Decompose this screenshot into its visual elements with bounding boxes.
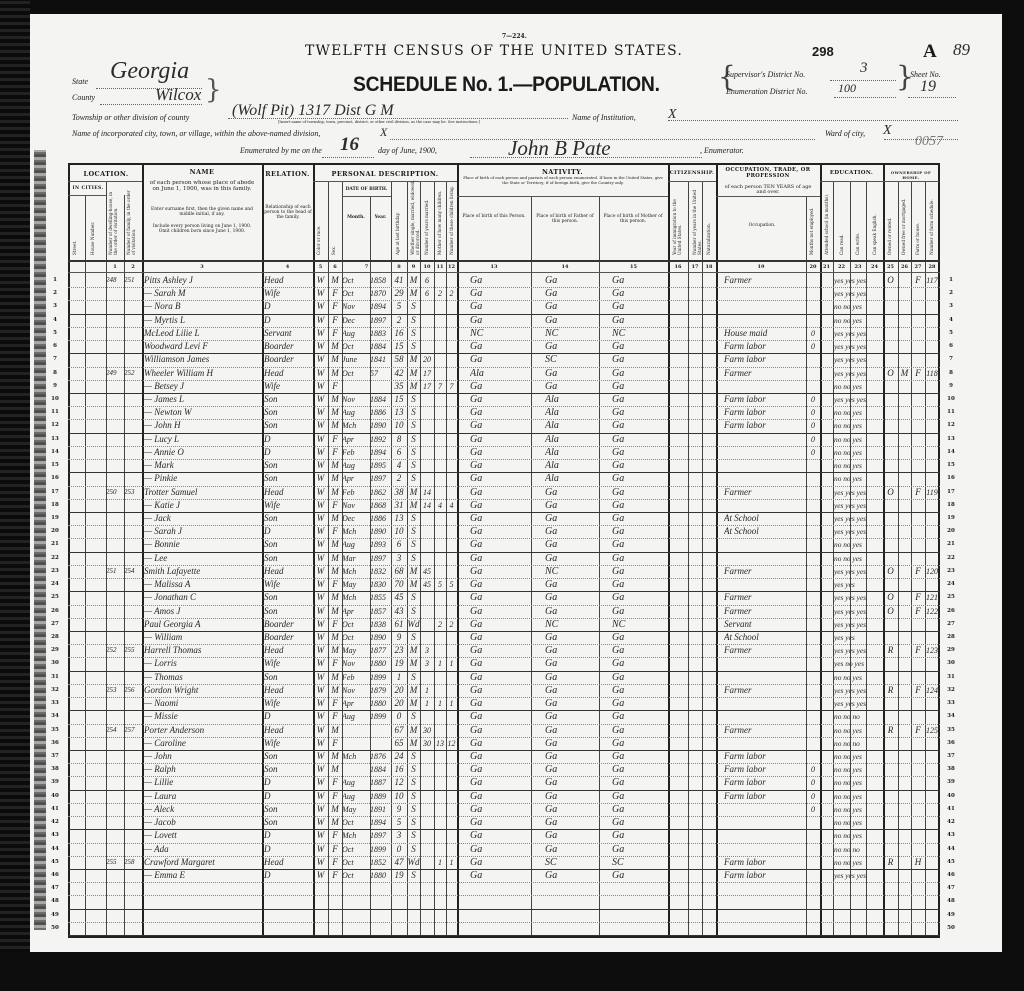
cell-pb: Ga bbox=[470, 406, 531, 419]
row-number-left: 19 bbox=[48, 515, 62, 521]
cell-edu: yes yes yes bbox=[834, 525, 883, 538]
cell-edu: no no yes bbox=[834, 816, 883, 829]
cell-fb: Ga bbox=[545, 274, 599, 287]
cell-sex: M bbox=[328, 393, 342, 406]
cell-age: 20 bbox=[391, 697, 407, 710]
cell-pb: Ga bbox=[470, 433, 531, 446]
cell-rel: Boarder bbox=[264, 631, 313, 644]
row-number-left: 39 bbox=[48, 779, 62, 785]
row-number-right: 29 bbox=[944, 647, 958, 653]
row-number-left: 6 bbox=[48, 343, 62, 349]
cell-mo: 7 bbox=[434, 380, 446, 393]
cell-name: Porter Anderson bbox=[144, 724, 262, 737]
cell-occ: At School bbox=[724, 525, 806, 538]
row-number-right: 22 bbox=[944, 555, 958, 561]
cell-name: — Jacob bbox=[144, 816, 262, 829]
cell-month: Oct bbox=[342, 340, 370, 353]
cell-rel: D bbox=[264, 300, 313, 313]
cell-color: W bbox=[313, 644, 328, 657]
free-mortgaged-header: Owned free or mortgaged. bbox=[901, 185, 906, 255]
column-divider bbox=[599, 196, 600, 936]
cell-occ: Farm labor bbox=[724, 869, 806, 882]
row-number-left: 44 bbox=[48, 846, 62, 852]
cell-sex: F bbox=[328, 843, 342, 856]
cell-fb: Ala bbox=[545, 406, 599, 419]
row-number-left: 38 bbox=[48, 766, 62, 772]
cell-mb: Ga bbox=[612, 605, 668, 618]
row-number-left: 15 bbox=[48, 462, 62, 468]
enumerated-prefix: Enumerated by me on the bbox=[240, 146, 322, 155]
cell-own: O bbox=[883, 486, 898, 499]
row-number-left: 12 bbox=[48, 422, 62, 428]
column-number: 22 bbox=[833, 264, 850, 270]
cell-occ: Farmer bbox=[724, 367, 806, 380]
cell-occ: Farm labor bbox=[724, 406, 806, 419]
row-number-right: 33 bbox=[944, 700, 958, 706]
cell-color: W bbox=[313, 512, 328, 525]
cell-rel: D bbox=[264, 314, 313, 327]
column-divider bbox=[925, 181, 926, 936]
cell-fb: Ga bbox=[545, 816, 599, 829]
cell-own: O bbox=[883, 591, 898, 604]
cell-sex: F bbox=[328, 300, 342, 313]
cell-fb: Ala bbox=[545, 419, 599, 432]
column-number: 6 bbox=[328, 264, 342, 270]
cell-month: Apr bbox=[342, 697, 370, 710]
cell-mb: Ga bbox=[612, 340, 668, 353]
row-number-left: 48 bbox=[48, 898, 62, 904]
cell-year: 1877 bbox=[370, 644, 391, 657]
cell-pb: Ga bbox=[470, 869, 531, 882]
cell-month: Feb bbox=[342, 671, 370, 684]
column-number: 1 bbox=[106, 264, 124, 270]
row-rule bbox=[68, 909, 940, 910]
row-number-left: 16 bbox=[48, 475, 62, 481]
cell-edu: no no yes bbox=[834, 472, 883, 485]
enumerator-label: , Enumerator. bbox=[700, 146, 744, 155]
cell-pb: Ga bbox=[470, 843, 531, 856]
cell-age: 3 bbox=[391, 829, 407, 842]
cell-edu: no no yes bbox=[834, 419, 883, 432]
column-number: 21 bbox=[820, 264, 833, 270]
cell-edu: yes yes bbox=[834, 631, 883, 644]
township-label: Township or other division of county bbox=[72, 113, 189, 122]
cell-pb: Ga bbox=[470, 750, 531, 763]
cell-name: Crawford Margaret bbox=[144, 856, 262, 869]
cell-mb: Ga bbox=[612, 300, 668, 313]
row-number-right: 41 bbox=[944, 806, 958, 812]
cell-age: 70 bbox=[391, 578, 407, 591]
cell-mb: Ga bbox=[612, 472, 668, 485]
header-rule bbox=[716, 196, 820, 197]
can-read-header: Can read. bbox=[839, 215, 844, 255]
stamp-number: 298 bbox=[812, 44, 834, 59]
row-number-left: 2 bbox=[48, 290, 62, 296]
cell-marital: S bbox=[407, 314, 420, 327]
cell-fb: Ga bbox=[545, 790, 599, 803]
cell-mb: Ga bbox=[612, 657, 668, 670]
header-rule bbox=[313, 181, 457, 182]
row-number-left: 10 bbox=[48, 396, 62, 402]
cell-ym: 45 bbox=[420, 565, 434, 578]
cell-sex: M bbox=[328, 274, 342, 287]
row-number-left: 4 bbox=[48, 317, 62, 323]
header-rule bbox=[457, 196, 668, 197]
row-number-left: 49 bbox=[48, 912, 62, 918]
cell-fs: 117 bbox=[925, 274, 939, 287]
cell-sex: M bbox=[328, 724, 342, 737]
color-header: Color or race. bbox=[316, 215, 321, 255]
cell-month: Apr bbox=[342, 605, 370, 618]
house-number-header: House Number. bbox=[90, 200, 95, 255]
cell-sex: M bbox=[328, 486, 342, 499]
cell-color: W bbox=[313, 684, 328, 697]
column-number: 27 bbox=[911, 264, 925, 270]
image-number: 0057 bbox=[915, 134, 943, 150]
row-number-left: 20 bbox=[48, 528, 62, 534]
attended-school-header: Attended school (in months). bbox=[824, 185, 829, 255]
row-number-right: 47 bbox=[944, 885, 958, 891]
row-number-left: 17 bbox=[48, 489, 62, 495]
cell-edu: no no yes bbox=[834, 763, 883, 776]
cell-marital: M bbox=[407, 565, 420, 578]
cell-ym: 17 bbox=[420, 367, 434, 380]
cell-month: Mch bbox=[342, 419, 370, 432]
cell-year: 1892 bbox=[370, 433, 391, 446]
cell-cl: 1 bbox=[446, 657, 457, 670]
scan-border-left bbox=[0, 0, 30, 991]
column-number: 16 bbox=[668, 264, 688, 270]
row-number-left: 43 bbox=[48, 832, 62, 838]
cell-unemp: 0 bbox=[806, 803, 820, 816]
column-divider bbox=[531, 196, 532, 936]
cell-age: 19 bbox=[391, 657, 407, 670]
cell-edu: no no yes bbox=[834, 829, 883, 842]
cell-year: 1899 bbox=[370, 671, 391, 684]
cell-mb: Ga bbox=[612, 353, 668, 366]
cell-name: — Laura bbox=[144, 790, 262, 803]
cell-pb: Ga bbox=[470, 816, 531, 829]
cell-sex: F bbox=[328, 856, 342, 869]
cell-name: Harrell Thomas bbox=[144, 644, 262, 657]
cell-sex: F bbox=[328, 710, 342, 723]
cell-name: Paul Georgia A bbox=[144, 618, 262, 631]
cell-month: Aug bbox=[342, 776, 370, 789]
cell-month: May bbox=[342, 578, 370, 591]
header-education: EDUCATION. bbox=[820, 170, 883, 176]
cell-mb: Ga bbox=[612, 697, 668, 710]
cell-month: Aug bbox=[342, 790, 370, 803]
row-number-right: 9 bbox=[944, 383, 958, 389]
cell-name: — Aleck bbox=[144, 803, 262, 816]
cell-month: Oct bbox=[342, 618, 370, 631]
day-line bbox=[322, 157, 374, 158]
cell-year: 1893 bbox=[370, 538, 391, 551]
cell-marital: S bbox=[407, 671, 420, 684]
row-number-right: 23 bbox=[944, 568, 958, 574]
column-number: 25 bbox=[883, 264, 898, 270]
cell-mo: 4 bbox=[434, 499, 446, 512]
cell-name: — Naomi bbox=[144, 697, 262, 710]
cell-occ: Farm labor bbox=[724, 750, 806, 763]
cell-marital: S bbox=[407, 763, 420, 776]
row-rule bbox=[68, 895, 940, 896]
cell-name: — Myrtis L bbox=[144, 314, 262, 327]
row-number-left: 25 bbox=[48, 594, 62, 600]
bracket: } bbox=[205, 75, 222, 105]
cell-month: Mch bbox=[342, 829, 370, 842]
cell-pb: Ga bbox=[470, 591, 531, 604]
state-value: Georgia bbox=[110, 58, 189, 85]
cell-fb: Ala bbox=[545, 433, 599, 446]
row-number-left: 8 bbox=[48, 370, 62, 376]
cell-pb: Ga bbox=[470, 829, 531, 842]
cell-rel: Son bbox=[264, 671, 313, 684]
cell-mb: Ga bbox=[612, 710, 668, 723]
supervisor-value: 3 bbox=[860, 60, 868, 77]
cell-sex: F bbox=[328, 446, 342, 459]
header-relation: RELATION. bbox=[262, 170, 313, 178]
cell-marital: S bbox=[407, 327, 420, 340]
cell-sex: M bbox=[328, 367, 342, 380]
cell-unemp: 0 bbox=[806, 393, 820, 406]
cell-farm: F bbox=[911, 486, 925, 499]
row-number-right: 44 bbox=[944, 846, 958, 852]
cell-color: W bbox=[313, 697, 328, 710]
cell-color: W bbox=[313, 803, 328, 816]
cell-name: — James L bbox=[144, 393, 262, 406]
cell-month: Feb bbox=[342, 486, 370, 499]
cell-marital: M bbox=[407, 644, 420, 657]
sex-header: Sex. bbox=[331, 230, 336, 255]
cell-color: W bbox=[313, 393, 328, 406]
cell-pb: Ga bbox=[470, 710, 531, 723]
cell-age: 38 bbox=[391, 486, 407, 499]
cell-pb: Ga bbox=[470, 446, 531, 459]
cell-month: Aug bbox=[342, 406, 370, 419]
cell-color: W bbox=[313, 499, 328, 512]
row-number-left: 47 bbox=[48, 885, 62, 891]
cell-marital: M bbox=[407, 737, 420, 750]
cell-name: — Lovett bbox=[144, 829, 262, 842]
cell-rel: Servant bbox=[264, 327, 313, 340]
cell-unemp: 0 bbox=[806, 790, 820, 803]
cell-color: W bbox=[313, 790, 328, 803]
cell-rel: D bbox=[264, 790, 313, 803]
cell-year: 1884 bbox=[370, 340, 391, 353]
cell-color: W bbox=[313, 869, 328, 882]
cell-family: 258 bbox=[124, 856, 142, 869]
cell-year: 1883 bbox=[370, 327, 391, 340]
cell-sex: M bbox=[328, 684, 342, 697]
row-number-right: 10 bbox=[944, 396, 958, 402]
cell-fb: Ala bbox=[545, 459, 599, 472]
column-divider bbox=[806, 196, 807, 936]
cell-year: 1852 bbox=[370, 856, 391, 869]
cell-age: 24 bbox=[391, 750, 407, 763]
cell-mo: 2 bbox=[434, 287, 446, 300]
cell-year: 1868 bbox=[370, 499, 391, 512]
cell-sex: M bbox=[328, 644, 342, 657]
cell-mb: Ga bbox=[612, 538, 668, 551]
cell-fb: Ga bbox=[545, 724, 599, 737]
cell-age: 16 bbox=[391, 327, 407, 340]
cell-mb: Ga bbox=[612, 591, 668, 604]
cell-rel: Head bbox=[264, 644, 313, 657]
cell-fb: Ga bbox=[545, 300, 599, 313]
cell-mb: SC bbox=[612, 856, 668, 869]
cell-pb: Ga bbox=[470, 790, 531, 803]
cell-edu: no no yes bbox=[834, 776, 883, 789]
cell-age: 10 bbox=[391, 525, 407, 538]
enumerated-day: 16 bbox=[340, 134, 359, 156]
cell-occ: Farm labor bbox=[724, 856, 806, 869]
cell-mb: Ga bbox=[612, 499, 668, 512]
cell-year: 1890 bbox=[370, 631, 391, 644]
cell-mb: Ga bbox=[612, 644, 668, 657]
cell-age: 6 bbox=[391, 538, 407, 551]
cell-sex: F bbox=[328, 327, 342, 340]
cell-sex: M bbox=[328, 406, 342, 419]
cell-marital: S bbox=[407, 631, 420, 644]
cell-pb: Ga bbox=[470, 697, 531, 710]
column-number: 19 bbox=[716, 264, 806, 270]
cell-mb: NC bbox=[612, 618, 668, 631]
row-number-right: 36 bbox=[944, 740, 958, 746]
cell-year: 1897 bbox=[370, 472, 391, 485]
cell-pb: Ga bbox=[470, 856, 531, 869]
cell-mb: Ga bbox=[612, 314, 668, 327]
cell-month: Nov bbox=[342, 393, 370, 406]
row-number-left: 31 bbox=[48, 674, 62, 680]
cell-marital: M bbox=[407, 657, 420, 670]
birth-self-header: Place of birth of this Person. bbox=[462, 214, 526, 219]
ward-label: Ward of city, bbox=[825, 129, 865, 138]
cell-sex: M bbox=[328, 671, 342, 684]
cell-name: — Mark bbox=[144, 459, 262, 472]
cell-occ: Farmer bbox=[724, 565, 806, 578]
cell-edu: yes yes yes bbox=[834, 287, 883, 300]
cell-age: 58 bbox=[391, 353, 407, 366]
cell-month: Aug bbox=[342, 327, 370, 340]
row-number-right: 34 bbox=[944, 713, 958, 719]
cell-family: 254 bbox=[124, 565, 142, 578]
cell-marital: S bbox=[407, 750, 420, 763]
cell-pb: Ga bbox=[470, 724, 531, 737]
cell-age: 47 bbox=[391, 856, 407, 869]
year-header: Year. bbox=[370, 215, 391, 220]
cell-farm: F bbox=[911, 367, 925, 380]
immigration-header: Year of immigration to the United States… bbox=[672, 185, 682, 255]
cell-cl: 1 bbox=[446, 856, 457, 869]
cell-pb: Ala bbox=[470, 367, 531, 380]
cell-marital: M bbox=[407, 578, 420, 591]
row-rule bbox=[68, 882, 940, 883]
cell-sex: F bbox=[328, 314, 342, 327]
cell-farm: F bbox=[911, 684, 925, 697]
cell-fb: NC bbox=[545, 565, 599, 578]
cell-name: — Nora B bbox=[144, 300, 262, 313]
cell-color: W bbox=[313, 525, 328, 538]
cell-edu: no no no bbox=[834, 843, 883, 856]
cell-color: W bbox=[313, 829, 328, 842]
row-number-right: 1 bbox=[944, 277, 958, 283]
cell-mb: Ga bbox=[612, 816, 668, 829]
cell-ym: 30 bbox=[420, 724, 434, 737]
cell-unemp: 0 bbox=[806, 419, 820, 432]
cell-month: Oct bbox=[342, 856, 370, 869]
owned-rented-header: Owned or rented. bbox=[887, 200, 892, 255]
cell-pb: Ga bbox=[470, 565, 531, 578]
cell-age: 35 bbox=[391, 380, 407, 393]
cell-mb: Ga bbox=[612, 486, 668, 499]
cell-marital: S bbox=[407, 591, 420, 604]
cell-cl: 1 bbox=[446, 697, 457, 710]
cell-age: 68 bbox=[391, 565, 407, 578]
cell-color: W bbox=[313, 472, 328, 485]
cell-month: May bbox=[342, 803, 370, 816]
cell-ym: 6 bbox=[420, 287, 434, 300]
cell-name: — Emma E bbox=[144, 869, 262, 882]
cell-own: O bbox=[883, 565, 898, 578]
cell-own: R bbox=[883, 684, 898, 697]
years-in-us-header: Number of years in the United States. bbox=[692, 185, 702, 255]
cell-color: W bbox=[313, 446, 328, 459]
cell-occ: Farm labor bbox=[724, 790, 806, 803]
cell-fb: Ga bbox=[545, 829, 599, 842]
cell-edu: no no yes bbox=[834, 433, 883, 446]
cell-year: 1890 bbox=[370, 419, 391, 432]
cell-edu: yes yes yes bbox=[834, 618, 883, 631]
sheet-value: 19 bbox=[920, 78, 936, 96]
row-number-right: 11 bbox=[944, 409, 958, 415]
cell-color: W bbox=[313, 433, 328, 446]
cell-name: — Katie J bbox=[144, 499, 262, 512]
form-code: 7—224. bbox=[502, 33, 527, 40]
column-number: 18 bbox=[702, 264, 716, 270]
cell-sex: M bbox=[328, 459, 342, 472]
row-number-right: 30 bbox=[944, 660, 958, 666]
cell-sex: F bbox=[328, 790, 342, 803]
cell-name: Gordon Wright bbox=[144, 684, 262, 697]
cell-marital: Wd bbox=[407, 856, 420, 869]
row-rule bbox=[68, 935, 940, 936]
cell-name: — Malissa A bbox=[144, 578, 262, 591]
birth-mother-header: Place of birth of Mother of this person. bbox=[602, 214, 664, 224]
cell-year: 1870 bbox=[370, 287, 391, 300]
name-instr-1: Enter surname first, then the given name… bbox=[148, 207, 256, 217]
cell-fb: Ga bbox=[545, 684, 599, 697]
row-number-left: 21 bbox=[48, 541, 62, 547]
cell-year: 1841 bbox=[370, 353, 391, 366]
cell-own: R bbox=[883, 856, 898, 869]
cell-age: 19 bbox=[391, 869, 407, 882]
cell-own: O bbox=[883, 367, 898, 380]
cell-ym: 3 bbox=[420, 657, 434, 670]
row-number-right: 46 bbox=[944, 872, 958, 878]
cell-unemp: 0 bbox=[806, 340, 820, 353]
cell-edu: no no yes bbox=[834, 856, 883, 869]
cell-sex: F bbox=[328, 697, 342, 710]
cell-farm: F bbox=[911, 724, 925, 737]
cell-sex: F bbox=[328, 776, 342, 789]
cell-name: — Jonathan C bbox=[144, 591, 262, 604]
cell-name: — Sarah M bbox=[144, 287, 262, 300]
row-number-left: 3 bbox=[48, 303, 62, 309]
cell-mb: Ga bbox=[612, 367, 668, 380]
header-rule bbox=[68, 260, 940, 262]
header-name: NAME bbox=[142, 168, 262, 176]
